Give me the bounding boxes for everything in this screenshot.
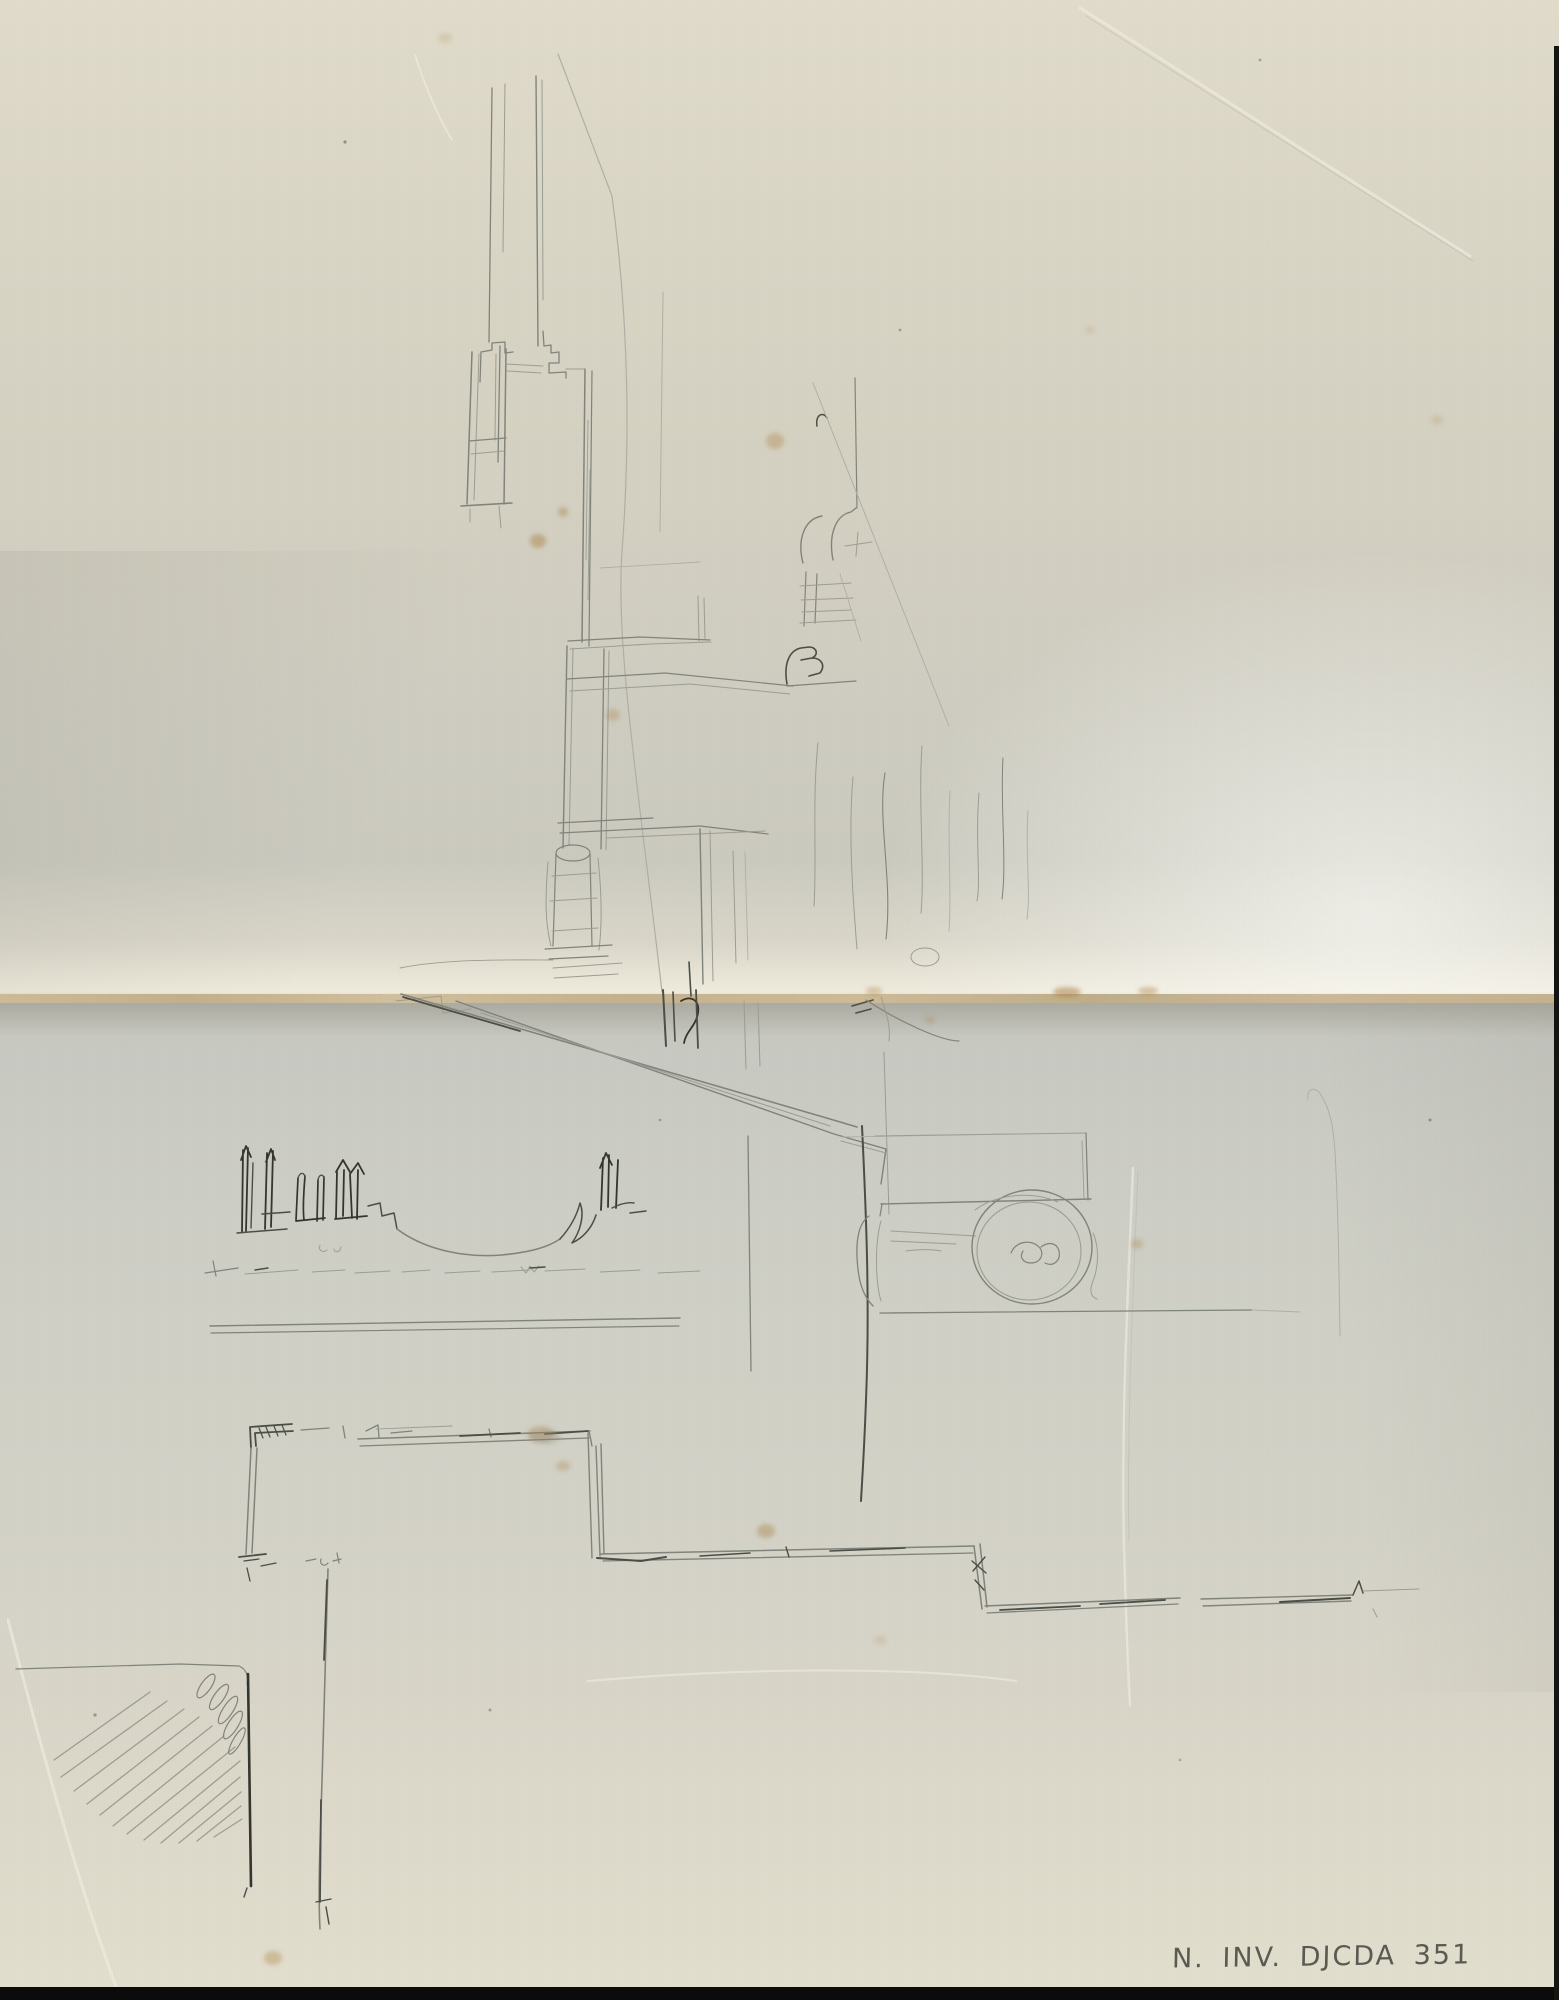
circle-detail-sketch: [842, 1089, 1340, 1336]
ground-lines-sketch: [205, 1261, 700, 1333]
scanner-edge-bottom: [0, 1987, 1559, 2000]
paper-creases: [8, 8, 1473, 1992]
dust-specks: [93, 59, 1431, 1762]
scanner-edge-right: [1554, 46, 1559, 2000]
scanned-sketch-page: N. INV. DJCDA 351: [0, 0, 1559, 2000]
pencil-sketch-layer: [0, 0, 1559, 2000]
cornice-bands-sketch: [558, 637, 793, 838]
column-sketch: [563, 369, 609, 850]
drapery-strokes-sketch: [689, 743, 1028, 996]
baluster-sketch: [400, 845, 622, 978]
skyline-sketch: [237, 1146, 646, 1273]
inventory-number: N. INV. DJCDA 351: [1172, 1938, 1533, 1974]
beam-sketch: [401, 994, 889, 1501]
spire-elevation-sketch: [480, 54, 663, 992]
plan-outline-sketch: [239, 1424, 1419, 1929]
pinnacle-sketch: [461, 346, 543, 528]
